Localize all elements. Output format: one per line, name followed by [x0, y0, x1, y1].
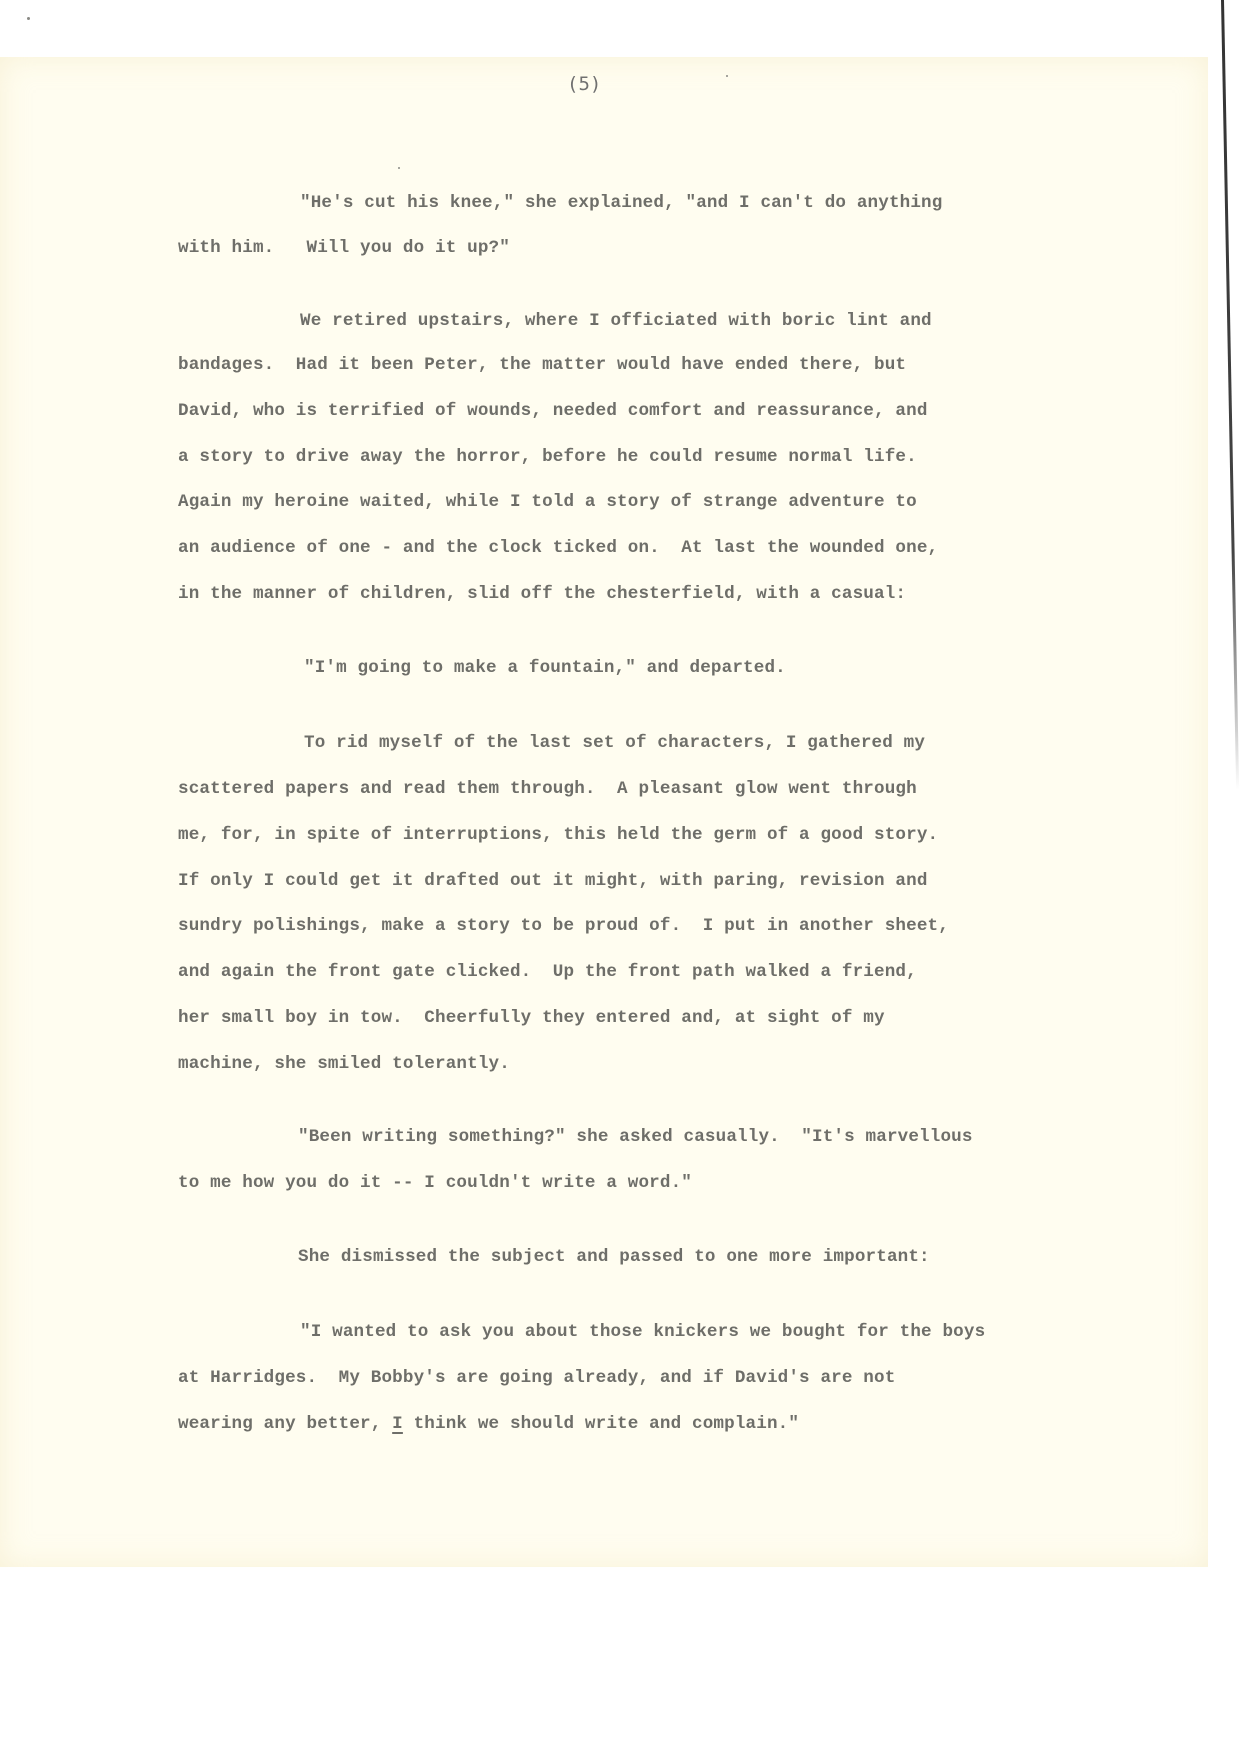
text-line: Again my heroine waited, while I told a … [178, 492, 917, 512]
text-line-with-underline: wearing any better, I think we should wr… [178, 1414, 799, 1434]
text-line: "I wanted to ask you about those knicker… [300, 1322, 985, 1342]
text-line: bandages. Had it been Peter, the matter … [178, 355, 906, 375]
paper-speck [27, 17, 30, 20]
paper-speck [398, 167, 400, 169]
text-line: David, who is terrified of wounds, neede… [178, 401, 928, 421]
text-line: to me how you do it -- I couldn't write … [178, 1173, 692, 1193]
text-segment: wearing any better, [178, 1414, 392, 1434]
text-line: If only I could get it drafted out it mi… [178, 871, 928, 891]
text-line: machine, she smiled tolerantly. [178, 1054, 510, 1074]
text-line: an audience of one - and the clock ticke… [178, 538, 938, 558]
text-line: scattered papers and read them through. … [178, 779, 917, 799]
text-line: her small boy in tow. Cheerfully they en… [178, 1008, 885, 1028]
text-line: She dismissed the subject and passed to … [298, 1247, 930, 1267]
paper-speck [726, 75, 728, 77]
text-line: "He's cut his knee," she explained, "and… [300, 193, 942, 213]
page-number: (5) [567, 73, 601, 95]
scan-edge-line [1221, 0, 1239, 790]
text-line: with him. Will you do it up?" [178, 238, 510, 258]
text-segment: think we should write and complain." [403, 1414, 799, 1434]
text-line: We retired upstairs, where I officiated … [300, 311, 932, 331]
text-line: "I'm going to make a fountain," and depa… [304, 658, 786, 678]
text-line: sundry polishings, make a story to be pr… [178, 916, 949, 936]
text-line: me, for, in spite of interruptions, this… [178, 825, 938, 845]
text-line: To rid myself of the last set of charact… [304, 733, 925, 753]
text-line: a story to drive away the horror, before… [178, 447, 917, 467]
text-line: in the manner of children, slid off the … [178, 584, 906, 604]
underlined-emphasis: I [392, 1414, 403, 1434]
text-line: at Harridges. My Bobby's are going alrea… [178, 1368, 895, 1388]
text-line: and again the front gate clicked. Up the… [178, 962, 917, 982]
text-line: "Been writing something?" she asked casu… [298, 1127, 973, 1147]
